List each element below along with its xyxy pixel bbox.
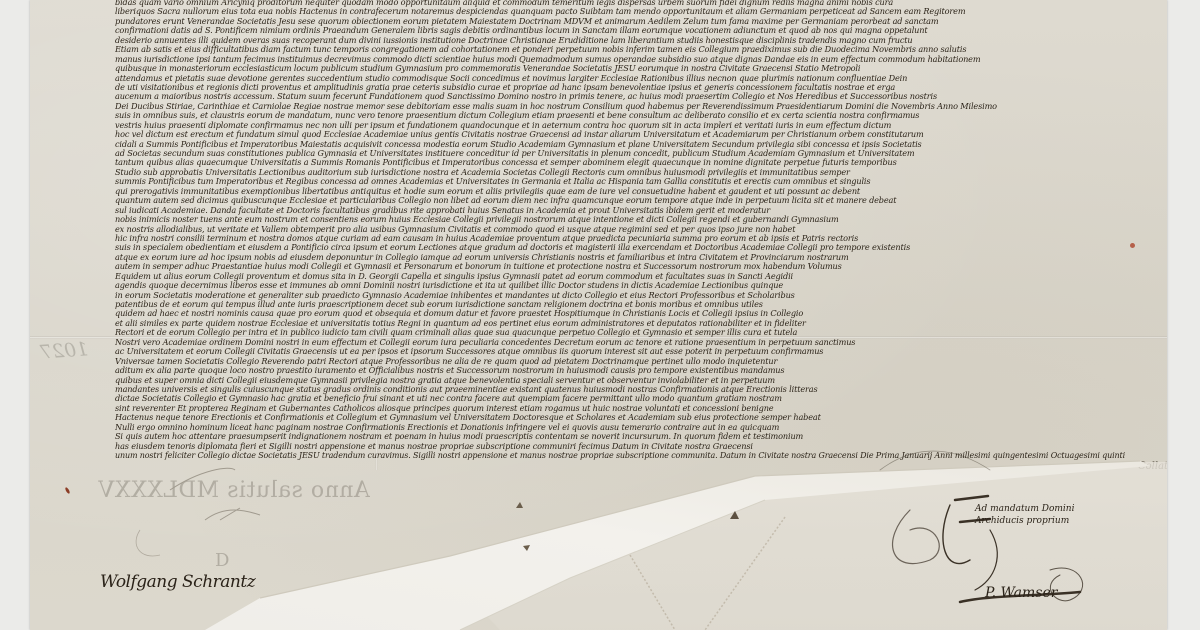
show-through-letter: D [215, 550, 229, 571]
signature-left: Wolfgang Schrantz [100, 572, 255, 592]
signature-right-name: P. Wamser [985, 585, 1057, 601]
red-wax-spot [64, 487, 70, 495]
mandate-line-2: Archiducis proprium [975, 515, 1074, 527]
parchment-sheet: bidas quam vario omnium Aricyniq prodito… [30, 0, 1167, 630]
collatum-annotation: Collatum [1138, 461, 1167, 472]
show-through-date: Anno salutis MDLXXXV [98, 478, 370, 503]
signature-right-mandate: Ad mandatum Domini Archiducis proprium [975, 503, 1074, 527]
charter-body-text: bidas quam vario omnium Aricyniq prodito… [115, 0, 1167, 463]
show-through-number: 1027 [39, 338, 89, 363]
charter-text-line: unum nostri feliciter Collegio dictae So… [115, 451, 1125, 460]
mandate-line-1: Ad mandatum Domini [975, 503, 1074, 515]
